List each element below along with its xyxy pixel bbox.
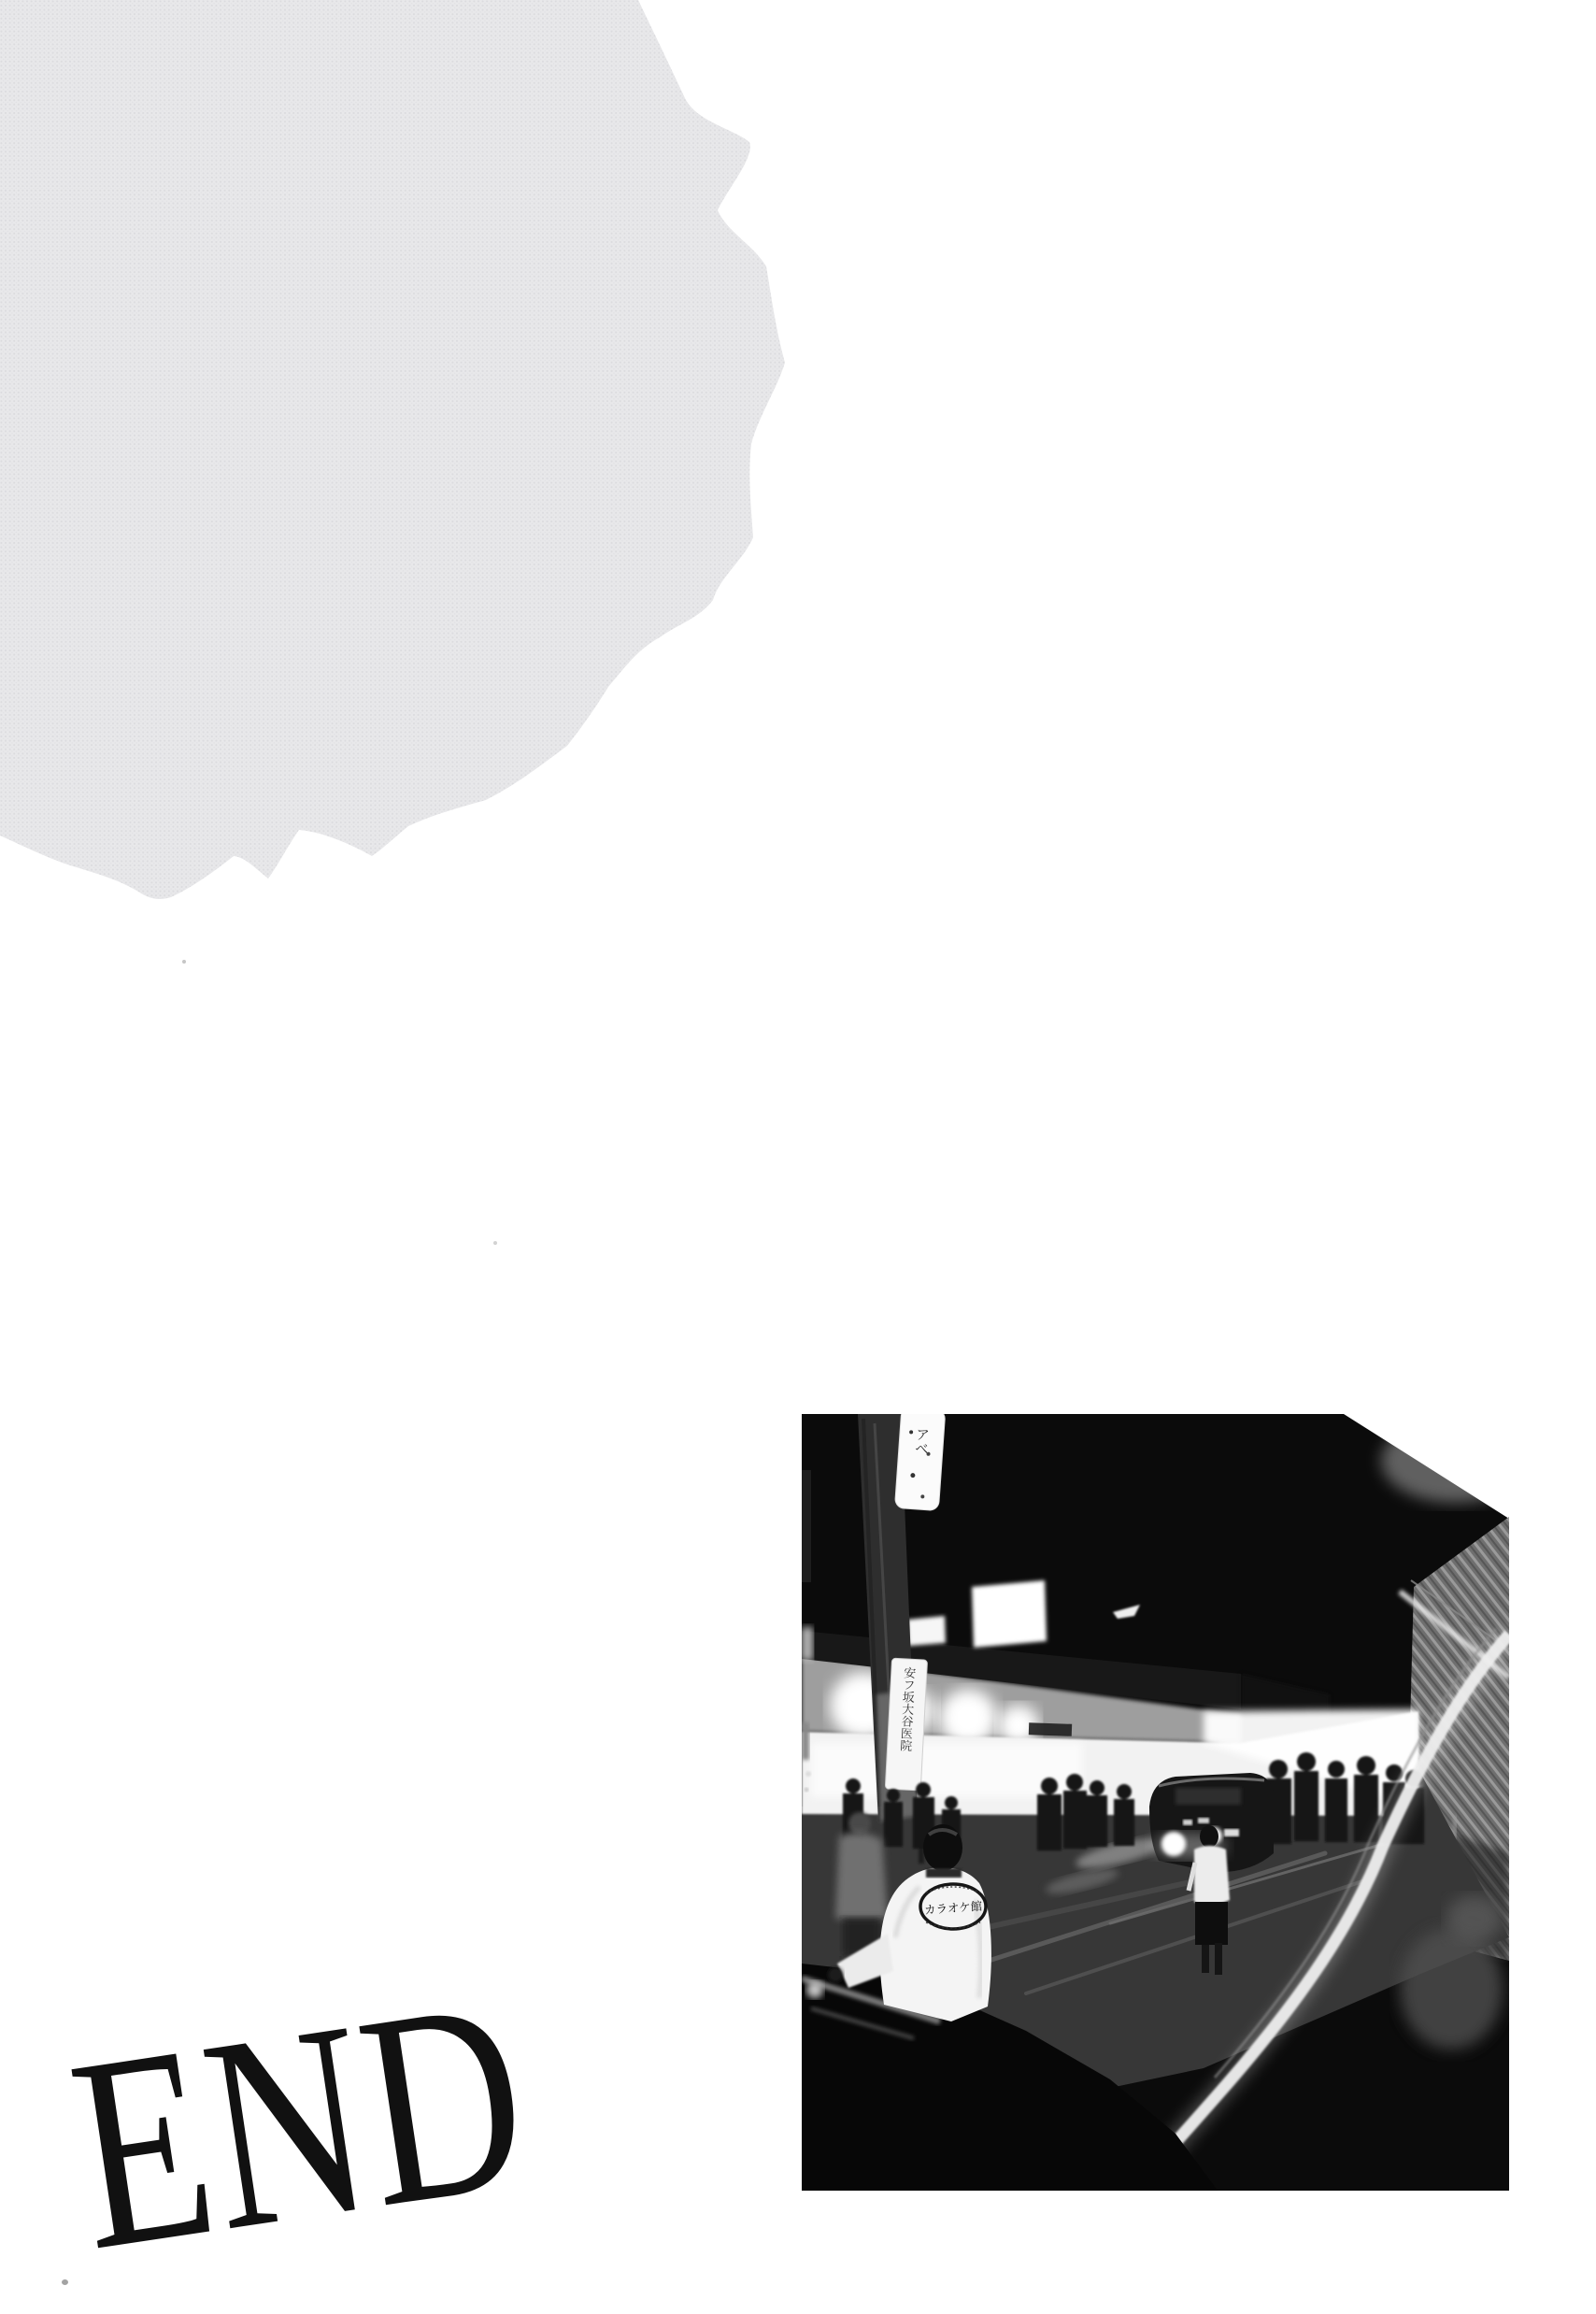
- print-speck: [62, 2279, 68, 2285]
- pole-ad-sign: 安フ坂大谷医院: [885, 1658, 927, 1791]
- pavement-patch: [1400, 1928, 1503, 2050]
- print-speck: [182, 960, 186, 964]
- headlight: [1161, 1832, 1186, 1856]
- lit-signboard: [972, 1580, 1047, 1648]
- paper-texture-blob: [0, 0, 841, 935]
- lit-signboard-small: [907, 1616, 946, 1646]
- pole-banner-text: アベ: [912, 1427, 929, 1456]
- blob-shape: [0, 0, 785, 899]
- page-root: { "page": { "background": "#ffffff", "en…: [0, 0, 1596, 2314]
- night-street-photo: アベ 安フ坂大谷医院: [802, 1414, 1509, 2191]
- license-plate: [1224, 1829, 1239, 1836]
- print-speck: [493, 1241, 497, 1245]
- end-label: END: [58, 1954, 542, 2293]
- pole-banner-sign: アベ: [894, 1414, 945, 1511]
- store-signboard: [1029, 1722, 1072, 1736]
